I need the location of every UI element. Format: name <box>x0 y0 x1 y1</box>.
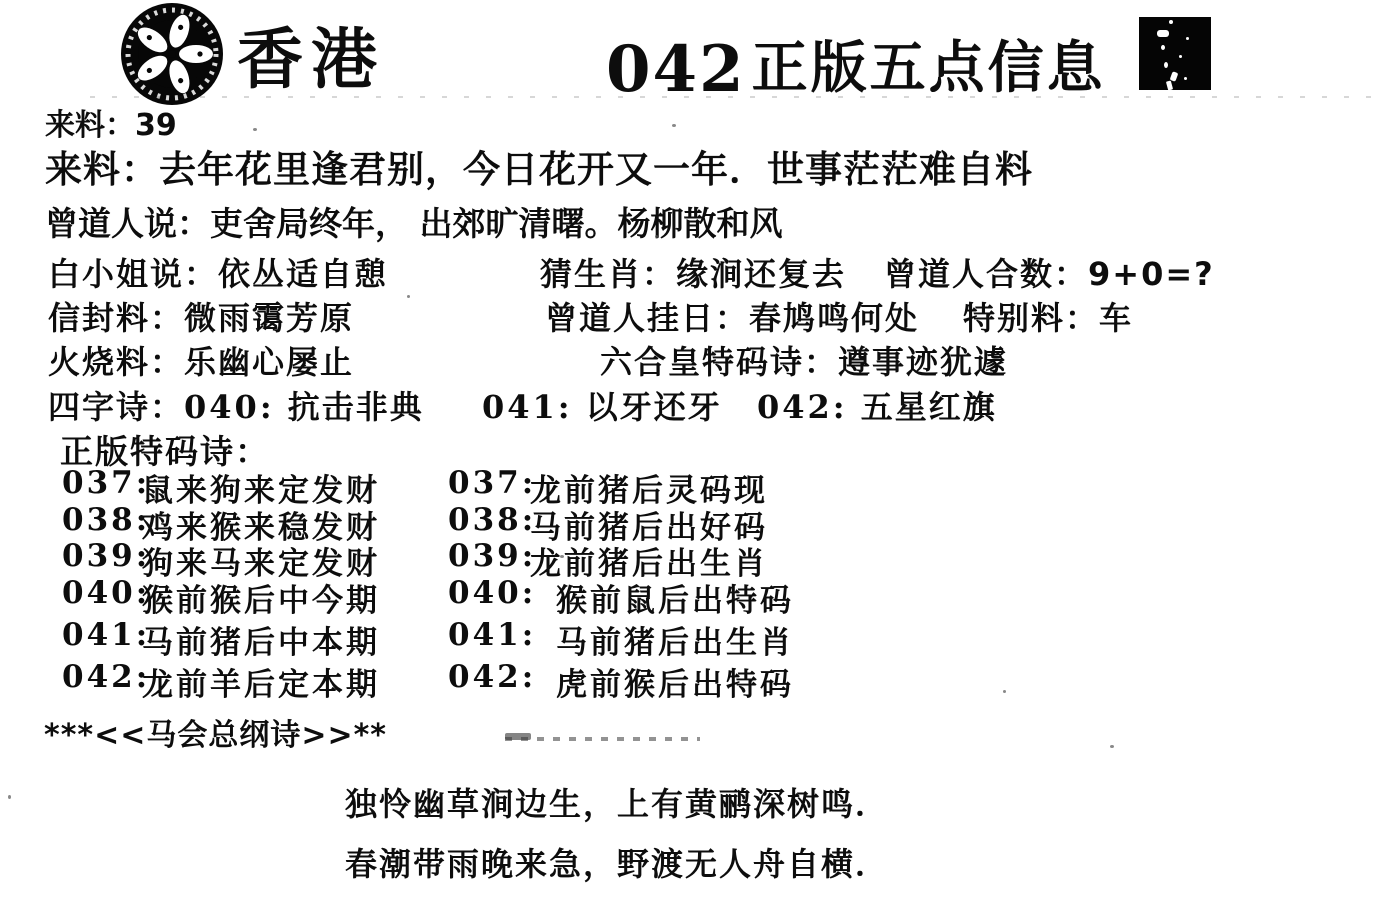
row-right-text: 马前猪后出生肖 <box>556 617 794 662</box>
sum-number-line: 曾道人合数：9+0=? <box>884 249 1215 295</box>
row-number: 041: <box>62 617 150 653</box>
source-poem-line: 来料：去年花里逢君别，今日花开又一年．世事茫茫难自料 <box>45 139 1033 193</box>
huoshao-line: 火烧料：乐幽心屡止 <box>48 337 354 383</box>
special-line: 特别料：车 <box>963 293 1133 339</box>
four-char-no-041: 041: <box>482 388 573 426</box>
row-number: 037: <box>448 465 536 501</box>
envelope-line: 信封料：微雨霭芳原 <box>48 293 354 339</box>
four-char-text-040: 抗击非典 <box>288 388 424 426</box>
row-number: 039: <box>62 538 150 574</box>
zonggang-poem-line1: 独怜幽草涧边生，上有黄鹂深树鸣． <box>345 779 889 825</box>
row-number: 039: <box>448 538 536 574</box>
zonggang-heading: ***<<马会总纲诗>>** <box>44 710 387 754</box>
row-right-text: 猴前鼠后出特码 <box>556 575 794 620</box>
four-char-no-040: 040: <box>184 388 275 426</box>
region-title: 香港 <box>237 6 385 101</box>
four-char-label: 四字诗： <box>48 388 184 426</box>
zengdaoren-line: 曾道人说：吏舍局终年， 出郊旷清曙。杨柳散和风 <box>45 198 783 245</box>
row-left-text: 龙前羊后定本期 <box>142 659 380 704</box>
four-char-041: 041: 以牙还牙 <box>482 382 722 428</box>
row-right-text: 虎前猴后出特码 <box>556 659 794 704</box>
four-char-text-041: 以牙还牙 <box>586 388 722 426</box>
hong-kong-emblem-icon <box>114 2 230 108</box>
row-left-text: 马前猪后中本期 <box>142 617 380 662</box>
row-number: 037: <box>62 465 150 501</box>
page-title: 042正版五点信息 <box>606 24 1106 107</box>
guess-zodiac-line: 猜生肖：缘涧还复去 <box>540 249 846 295</box>
row-number: 038: <box>448 502 536 538</box>
source-number-line: 来料：39 <box>45 100 177 144</box>
row-number: 041: <box>448 617 536 653</box>
liuhehuang-line: 六合皇特码诗：遵事迹犹遽 <box>600 337 1008 383</box>
page-title-text: 正版五点信息 <box>752 36 1106 101</box>
row-number: 038: <box>62 502 150 538</box>
four-char-042: 042: 五星红旗 <box>757 382 997 428</box>
guari-line: 曾道人挂日：春鸠鸣何处 <box>545 293 919 339</box>
four-char-line: 四字诗：040: 抗击非典 <box>48 382 424 428</box>
row-left-text: 猴前猴后中今期 <box>142 575 380 620</box>
four-char-no-042: 042: <box>757 388 848 426</box>
baixiaojie-line: 白小姐说：依丛适自憩 <box>48 249 388 295</box>
row-number: 040: <box>62 575 150 611</box>
zonggang-poem-line2: 春潮带雨晚来急，野渡无人舟自横． <box>345 839 889 885</box>
four-char-text-042: 五星红旗 <box>861 388 997 426</box>
row-number: 040: <box>448 575 536 611</box>
row-number: 042: <box>62 659 150 695</box>
row-number: 042: <box>448 659 536 695</box>
seal-stamp <box>1139 17 1211 90</box>
